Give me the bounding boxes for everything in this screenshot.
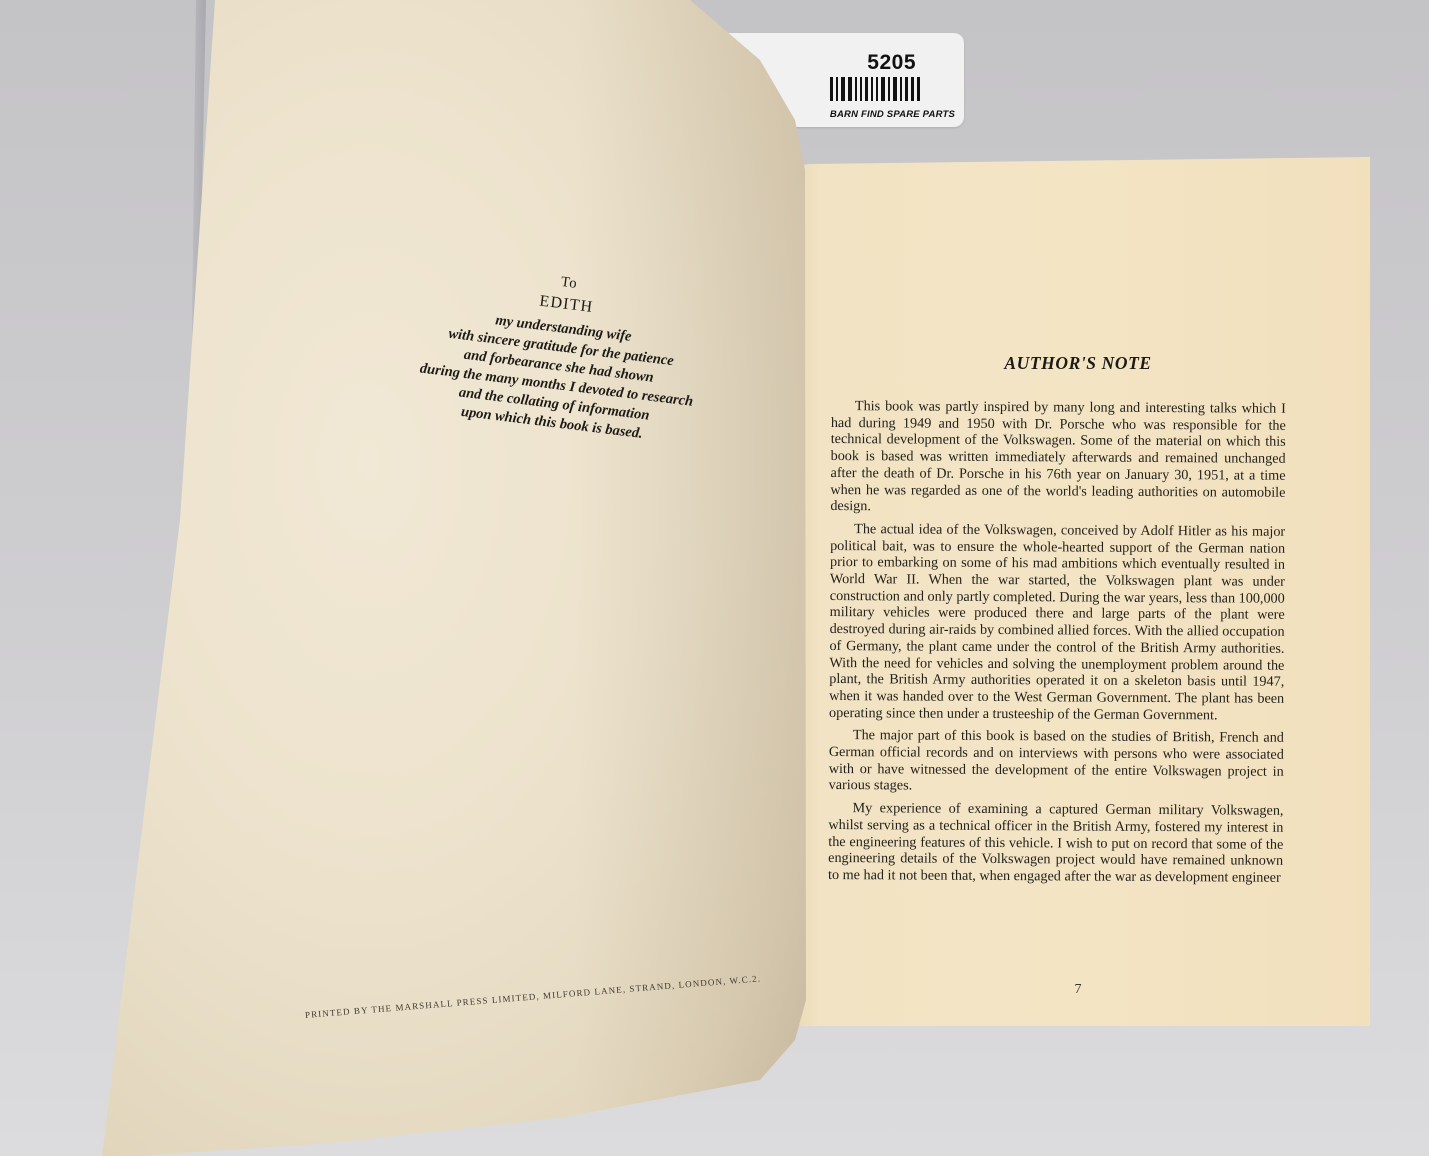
page-number: 7 (786, 982, 1370, 998)
barcode-icon (830, 77, 923, 101)
paragraph: The actual idea of the Volkswagen, conce… (829, 521, 1285, 724)
page-body: This book was partly inspired by many lo… (828, 398, 1286, 892)
right-page: AUTHOR'S NOTE This book was partly inspi… (786, 150, 1370, 1026)
paragraph: This book was partly inspired by many lo… (830, 398, 1286, 518)
paragraph: The major part of this book is based on … (829, 727, 1284, 797)
paragraph: My experience of examining a captured Ge… (828, 800, 1284, 886)
label-number: 5205 (867, 51, 916, 75)
page-heading: AUTHOR'S NOTE (786, 353, 1370, 374)
label-brand: BARN FIND SPARE PARTS (830, 109, 955, 120)
